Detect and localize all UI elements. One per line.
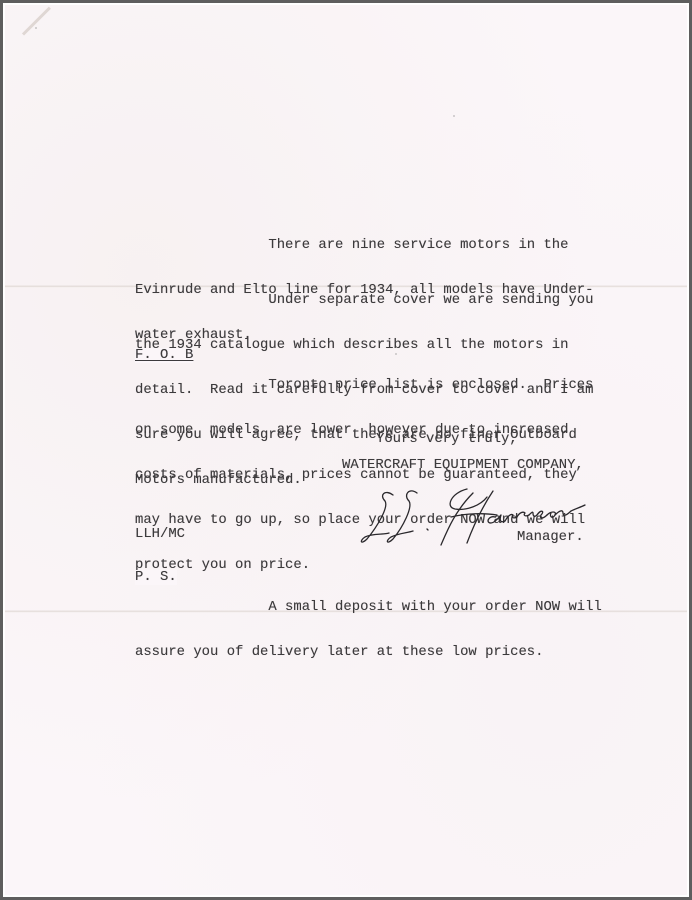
paper-speck (453, 115, 455, 117)
paragraph-line: Toronto price list is enclosed. Prices (135, 378, 593, 393)
paper-scuff-mark (22, 7, 51, 36)
closing-salutation: Yours very truly, (376, 432, 518, 447)
postscript-line: A small deposit with your order NOW will (135, 600, 602, 615)
scan-frame: There are nine service motors in the Evi… (0, 0, 692, 900)
paragraph-fob-pricing: Toronto price list is enclosed. Prices o… (135, 348, 593, 603)
letter-page: There are nine service motors in the Evi… (5, 5, 687, 895)
reference-initials: LLH/MC (135, 527, 185, 542)
paragraph-line: Under separate cover we are sending you (135, 293, 593, 308)
postscript: A small deposit with your order NOW will… (135, 570, 602, 690)
paragraph-line: There are nine service motors in the (135, 238, 593, 253)
company-name: WATERCRAFT EQUIPMENT COMPANY, (342, 458, 584, 473)
fob-label: F. O. B (135, 348, 193, 363)
postscript-label: P. S. (135, 570, 177, 585)
paragraph-line: on some models are lower however due to … (135, 423, 593, 438)
postscript-line: assure you of delivery later at these lo… (135, 645, 602, 660)
signatory-title: Manager. (517, 530, 584, 545)
paper-speck (35, 27, 37, 29)
